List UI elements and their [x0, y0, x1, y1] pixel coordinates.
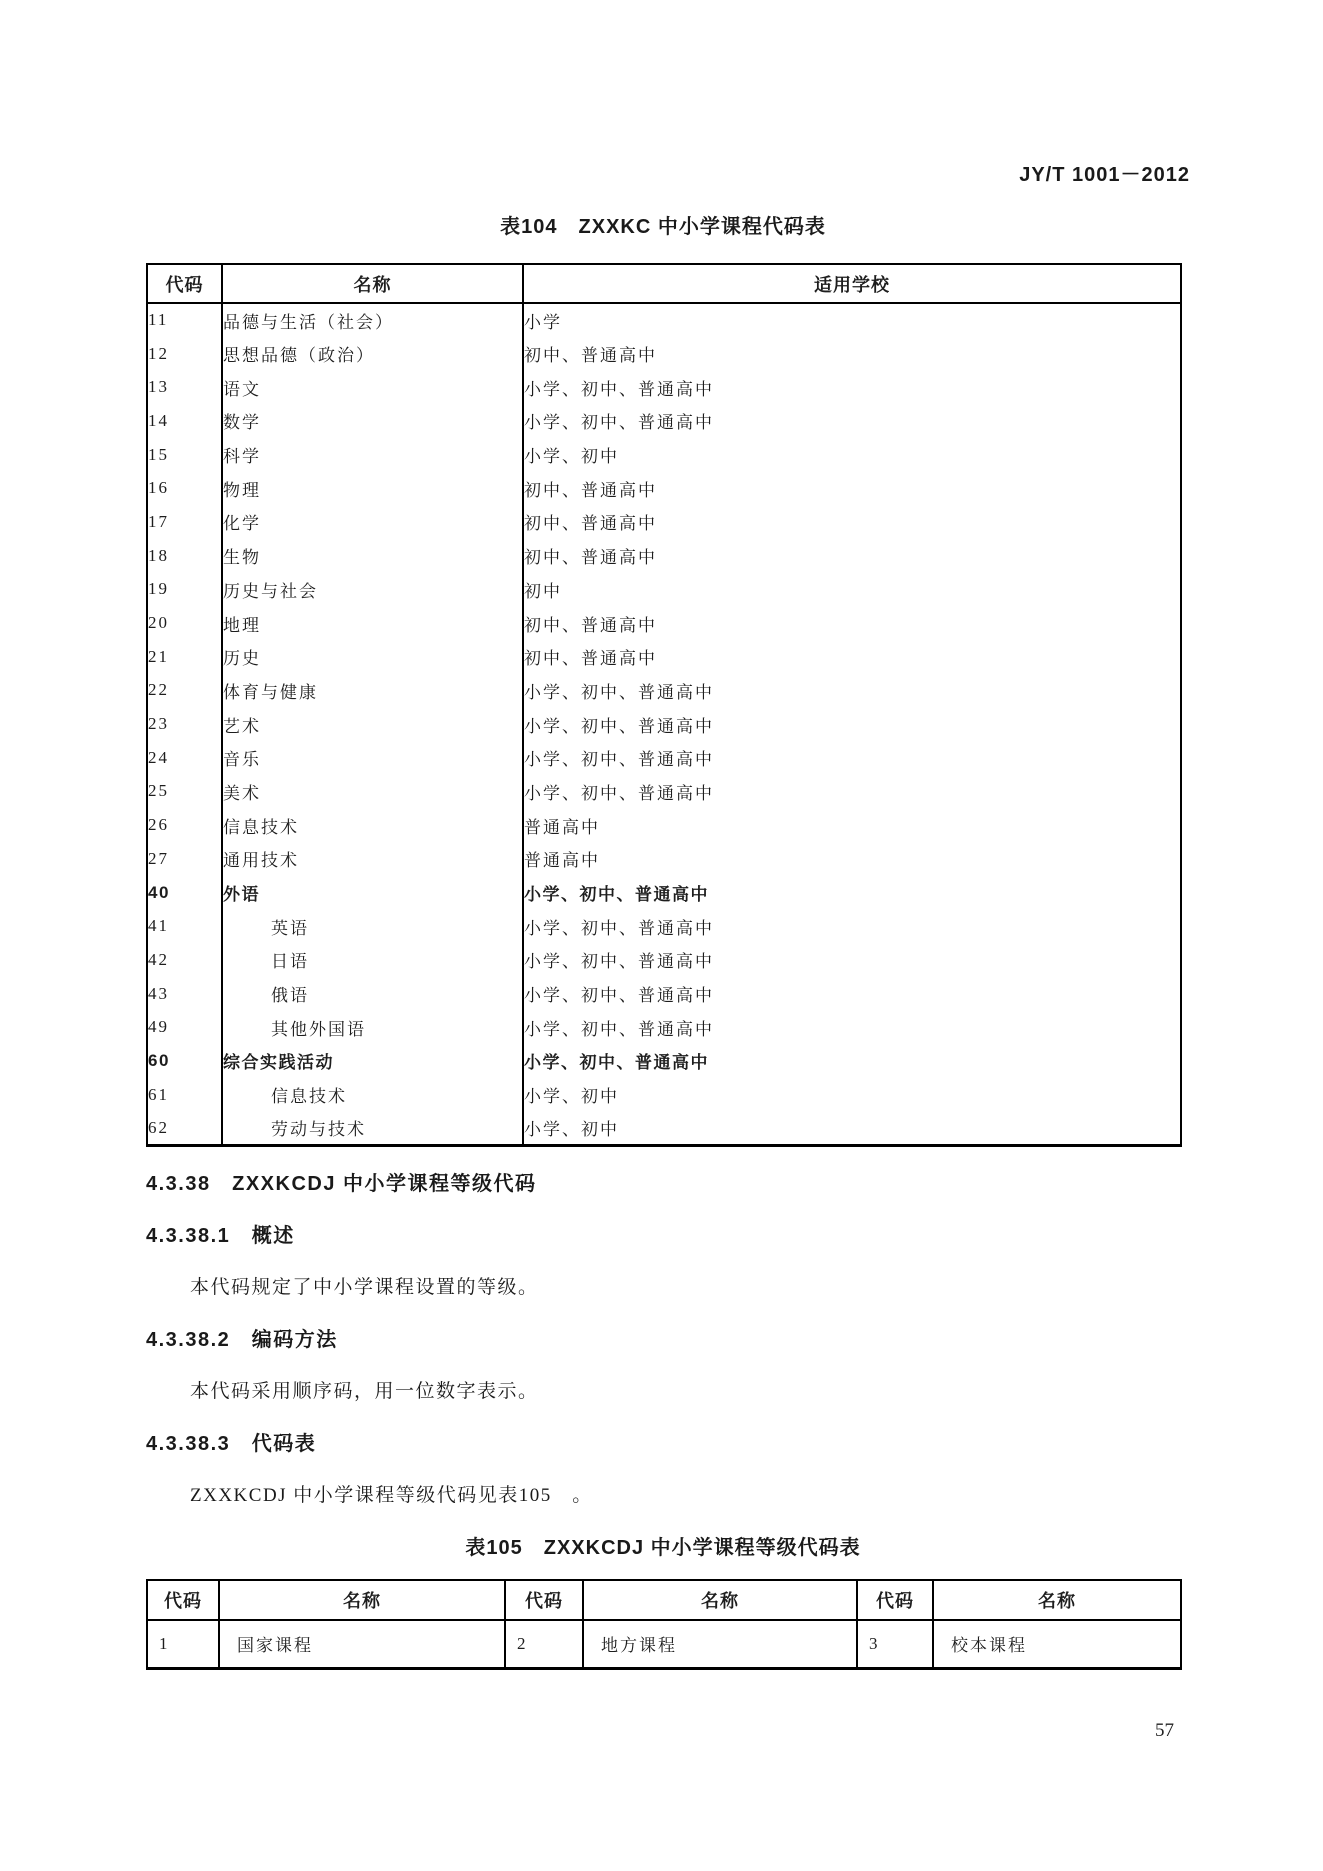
table105-header-name-3: 名称	[933, 1580, 1181, 1620]
section-body-4-3-38-3: ZXXKCDJ 中小学课程等级代码见表105 。	[146, 1484, 1180, 1508]
course-schools-cell: 小学、初中、普通高中	[523, 1010, 1181, 1044]
course-schools-cell: 普通高中	[523, 808, 1181, 842]
course-table-body: 11 品德与生活（社会） 小学 12 思想品德（政治） 初中、普通高中 13 语…	[147, 303, 1181, 1145]
table-row: 15 科学 小学、初中	[147, 438, 1181, 472]
table-row: 42 日语 小学、初中、普通高中	[147, 943, 1181, 977]
course-name-cell: 信息技术	[222, 808, 523, 842]
course-name-cell: 美术	[222, 775, 523, 809]
course-schools-cell: 初中、普通高中	[523, 539, 1181, 573]
course-schools-cell: 小学、初中、普通高中	[523, 674, 1181, 708]
page-number: 57	[1155, 1720, 1174, 1742]
course-schools-cell: 小学、初中、普通高中	[523, 707, 1181, 741]
table-row: 17 化学 初中、普通高中	[147, 505, 1181, 539]
course-name-cell: 体育与健康	[222, 674, 523, 708]
table-row: 19 历史与社会 初中	[147, 573, 1181, 607]
course-code-cell: 24	[147, 741, 222, 775]
course-code-cell: 25	[147, 775, 222, 809]
table-row: 26 信息技术 普通高中	[147, 808, 1181, 842]
course-name-cell: 信息技术	[222, 1078, 523, 1112]
course-code-cell: 12	[147, 337, 222, 371]
course-name-cell: 其他外国语	[222, 1010, 523, 1044]
course-name-cell: 俄语	[222, 977, 523, 1011]
table104-header-row: 代码 名称 适用学校	[147, 264, 1181, 303]
table-row: 22 体育与健康 小学、初中、普通高中	[147, 674, 1181, 708]
course-code-cell: 23	[147, 707, 222, 741]
course-code-cell: 13	[147, 370, 222, 404]
table105-header-name-2: 名称	[583, 1580, 857, 1620]
course-code-cell: 22	[147, 674, 222, 708]
table105-header-name-1: 名称	[219, 1580, 505, 1620]
course-name-cell: 思想品德（政治）	[222, 337, 523, 371]
course-name-cell: 外语	[222, 876, 523, 910]
course-schools-cell: 小学、初中、普通高中	[523, 404, 1181, 438]
table-row: 41 英语 小学、初中、普通高中	[147, 909, 1181, 943]
course-name-cell: 语文	[222, 370, 523, 404]
course-schools-cell: 小学、初中、普通高中	[523, 370, 1181, 404]
course-name-cell: 科学	[222, 438, 523, 472]
course-name-cell: 日语	[222, 943, 523, 977]
section-heading-4-3-38-3: 4.3.38.3 代码表	[146, 1432, 1180, 1456]
table-row: 11 品德与生活（社会） 小学	[147, 303, 1181, 337]
table104-header-code: 代码	[147, 264, 222, 303]
table-row: 16 物理 初中、普通高中	[147, 471, 1181, 505]
table-row: 21 历史 初中、普通高中	[147, 640, 1181, 674]
course-schools-cell: 小学、初中、普通高中	[523, 741, 1181, 775]
table-row: 61 信息技术 小学、初中	[147, 1078, 1181, 1112]
table-row: 20 地理 初中、普通高中	[147, 606, 1181, 640]
course-schools-cell: 小学、初中	[523, 1112, 1181, 1146]
course-schools-cell: 小学、初中	[523, 438, 1181, 472]
level-name-cell: 校本课程	[933, 1620, 1181, 1668]
table-row: 23 艺术 小学、初中、普通高中	[147, 707, 1181, 741]
course-name-cell: 英语	[222, 909, 523, 943]
table104: 代码 名称 适用学校 11 品德与生活（社会） 小学 12 思想品德（政治） 初…	[146, 263, 1182, 1147]
table-row: 25 美术 小学、初中、普通高中	[147, 775, 1181, 809]
course-name-cell: 劳动与技术	[222, 1112, 523, 1146]
table-row: 12 思想品德（政治） 初中、普通高中	[147, 337, 1181, 371]
course-code-cell: 60	[147, 1044, 222, 1078]
course-name-cell: 音乐	[222, 741, 523, 775]
course-code-cell: 11	[147, 303, 222, 337]
course-schools-cell: 初中	[523, 573, 1181, 607]
course-code-cell: 14	[147, 404, 222, 438]
level-code-cell: 2	[505, 1620, 583, 1668]
table-row: 62 劳动与技术 小学、初中	[147, 1112, 1181, 1146]
course-code-cell: 62	[147, 1112, 222, 1146]
table-row: 49 其他外国语 小学、初中、普通高中	[147, 1010, 1181, 1044]
table-row: 13 语文 小学、初中、普通高中	[147, 370, 1181, 404]
table-row: 14 数学 小学、初中、普通高中	[147, 404, 1181, 438]
course-schools-cell: 小学、初中、普通高中	[523, 943, 1181, 977]
table-row: 27 通用技术 普通高中	[147, 842, 1181, 876]
course-schools-cell: 初中、普通高中	[523, 505, 1181, 539]
level-name-cell: 地方课程	[583, 1620, 857, 1668]
course-code-cell: 42	[147, 943, 222, 977]
table105-header-code-2: 代码	[505, 1580, 583, 1620]
course-name-cell: 数学	[222, 404, 523, 438]
course-code-cell: 20	[147, 606, 222, 640]
section-body-4-3-38-1: 本代码规定了中小学课程设置的等级。	[146, 1276, 1180, 1300]
table-row: 43 俄语 小学、初中、普通高中	[147, 977, 1181, 1011]
table104-header-school: 适用学校	[523, 264, 1181, 303]
table105-header-code-3: 代码	[857, 1580, 933, 1620]
level-code-cell: 1	[147, 1620, 219, 1668]
table-row: 40 外语 小学、初中、普通高中	[147, 876, 1181, 910]
course-code-cell: 43	[147, 977, 222, 1011]
course-schools-cell: 普通高中	[523, 842, 1181, 876]
document-page: JY/T 1001－2012 表104 ZXXKC 中小学课程代码表 代码 名称…	[0, 0, 1323, 1871]
level-name-cell: 国家课程	[219, 1620, 505, 1668]
section-heading-4-3-38: 4.3.38 ZXXKCDJ 中小学课程等级代码	[146, 1172, 1180, 1196]
section-heading-4-3-38-1: 4.3.38.1 概述	[146, 1224, 1180, 1248]
table105-header-code-1: 代码	[147, 1580, 219, 1620]
course-name-cell: 艺术	[222, 707, 523, 741]
course-schools-cell: 小学	[523, 303, 1181, 337]
course-schools-cell: 初中、普通高中	[523, 606, 1181, 640]
table105: 代码 名称 代码 名称 代码 名称 1 国家课程 2 地方课程 3 校本课程	[146, 1579, 1182, 1670]
course-code-cell: 15	[147, 438, 222, 472]
course-code-cell: 18	[147, 539, 222, 573]
table104-title: 表104 ZXXKC 中小学课程代码表	[146, 210, 1180, 239]
course-schools-cell: 初中、普通高中	[523, 640, 1181, 674]
section-heading-4-3-38-2: 4.3.38.2 编码方法	[146, 1328, 1180, 1352]
course-schools-cell: 小学、初中、普通高中	[523, 909, 1181, 943]
course-name-cell: 综合实践活动	[222, 1044, 523, 1078]
course-code-cell: 17	[147, 505, 222, 539]
course-name-cell: 品德与生活（社会）	[222, 303, 523, 337]
table105-title: 表105 ZXXKCDJ 中小学课程等级代码表	[146, 1536, 1180, 1560]
section-body-4-3-38-2: 本代码采用顺序码，用一位数字表示。	[146, 1380, 1180, 1404]
course-name-cell: 历史与社会	[222, 573, 523, 607]
course-name-cell: 地理	[222, 606, 523, 640]
course-schools-cell: 初中、普通高中	[523, 471, 1181, 505]
table-row: 1 国家课程 2 地方课程 3 校本课程	[147, 1620, 1181, 1668]
level-code-cell: 3	[857, 1620, 933, 1668]
course-schools-cell: 小学、初中、普通高中	[523, 977, 1181, 1011]
table105-header-row: 代码 名称 代码 名称 代码 名称	[147, 1580, 1181, 1620]
standard-number: JY/T 1001－2012	[1019, 158, 1190, 187]
course-name-cell: 通用技术	[222, 842, 523, 876]
course-name-cell: 物理	[222, 471, 523, 505]
course-schools-cell: 小学、初中、普通高中	[523, 775, 1181, 809]
course-schools-cell: 小学、初中	[523, 1078, 1181, 1112]
table-row: 18 生物 初中、普通高中	[147, 539, 1181, 573]
course-name-cell: 历史	[222, 640, 523, 674]
table-row: 60 综合实践活动 小学、初中、普通高中	[147, 1044, 1181, 1078]
course-code-cell: 19	[147, 573, 222, 607]
course-code-cell: 21	[147, 640, 222, 674]
table-row: 24 音乐 小学、初中、普通高中	[147, 741, 1181, 775]
course-code-cell: 26	[147, 808, 222, 842]
course-name-cell: 化学	[222, 505, 523, 539]
course-code-cell: 16	[147, 471, 222, 505]
course-code-cell: 27	[147, 842, 222, 876]
course-code-cell: 40	[147, 876, 222, 910]
course-code-cell: 61	[147, 1078, 222, 1112]
course-code-cell: 49	[147, 1010, 222, 1044]
lower-content: 4.3.38 ZXXKCDJ 中小学课程等级代码 4.3.38.1 概述 本代码…	[146, 1172, 1180, 1670]
course-code-cell: 41	[147, 909, 222, 943]
course-schools-cell: 小学、初中、普通高中	[523, 1044, 1181, 1078]
course-name-cell: 生物	[222, 539, 523, 573]
table104-header-name: 名称	[222, 264, 523, 303]
course-schools-cell: 小学、初中、普通高中	[523, 876, 1181, 910]
course-schools-cell: 初中、普通高中	[523, 337, 1181, 371]
